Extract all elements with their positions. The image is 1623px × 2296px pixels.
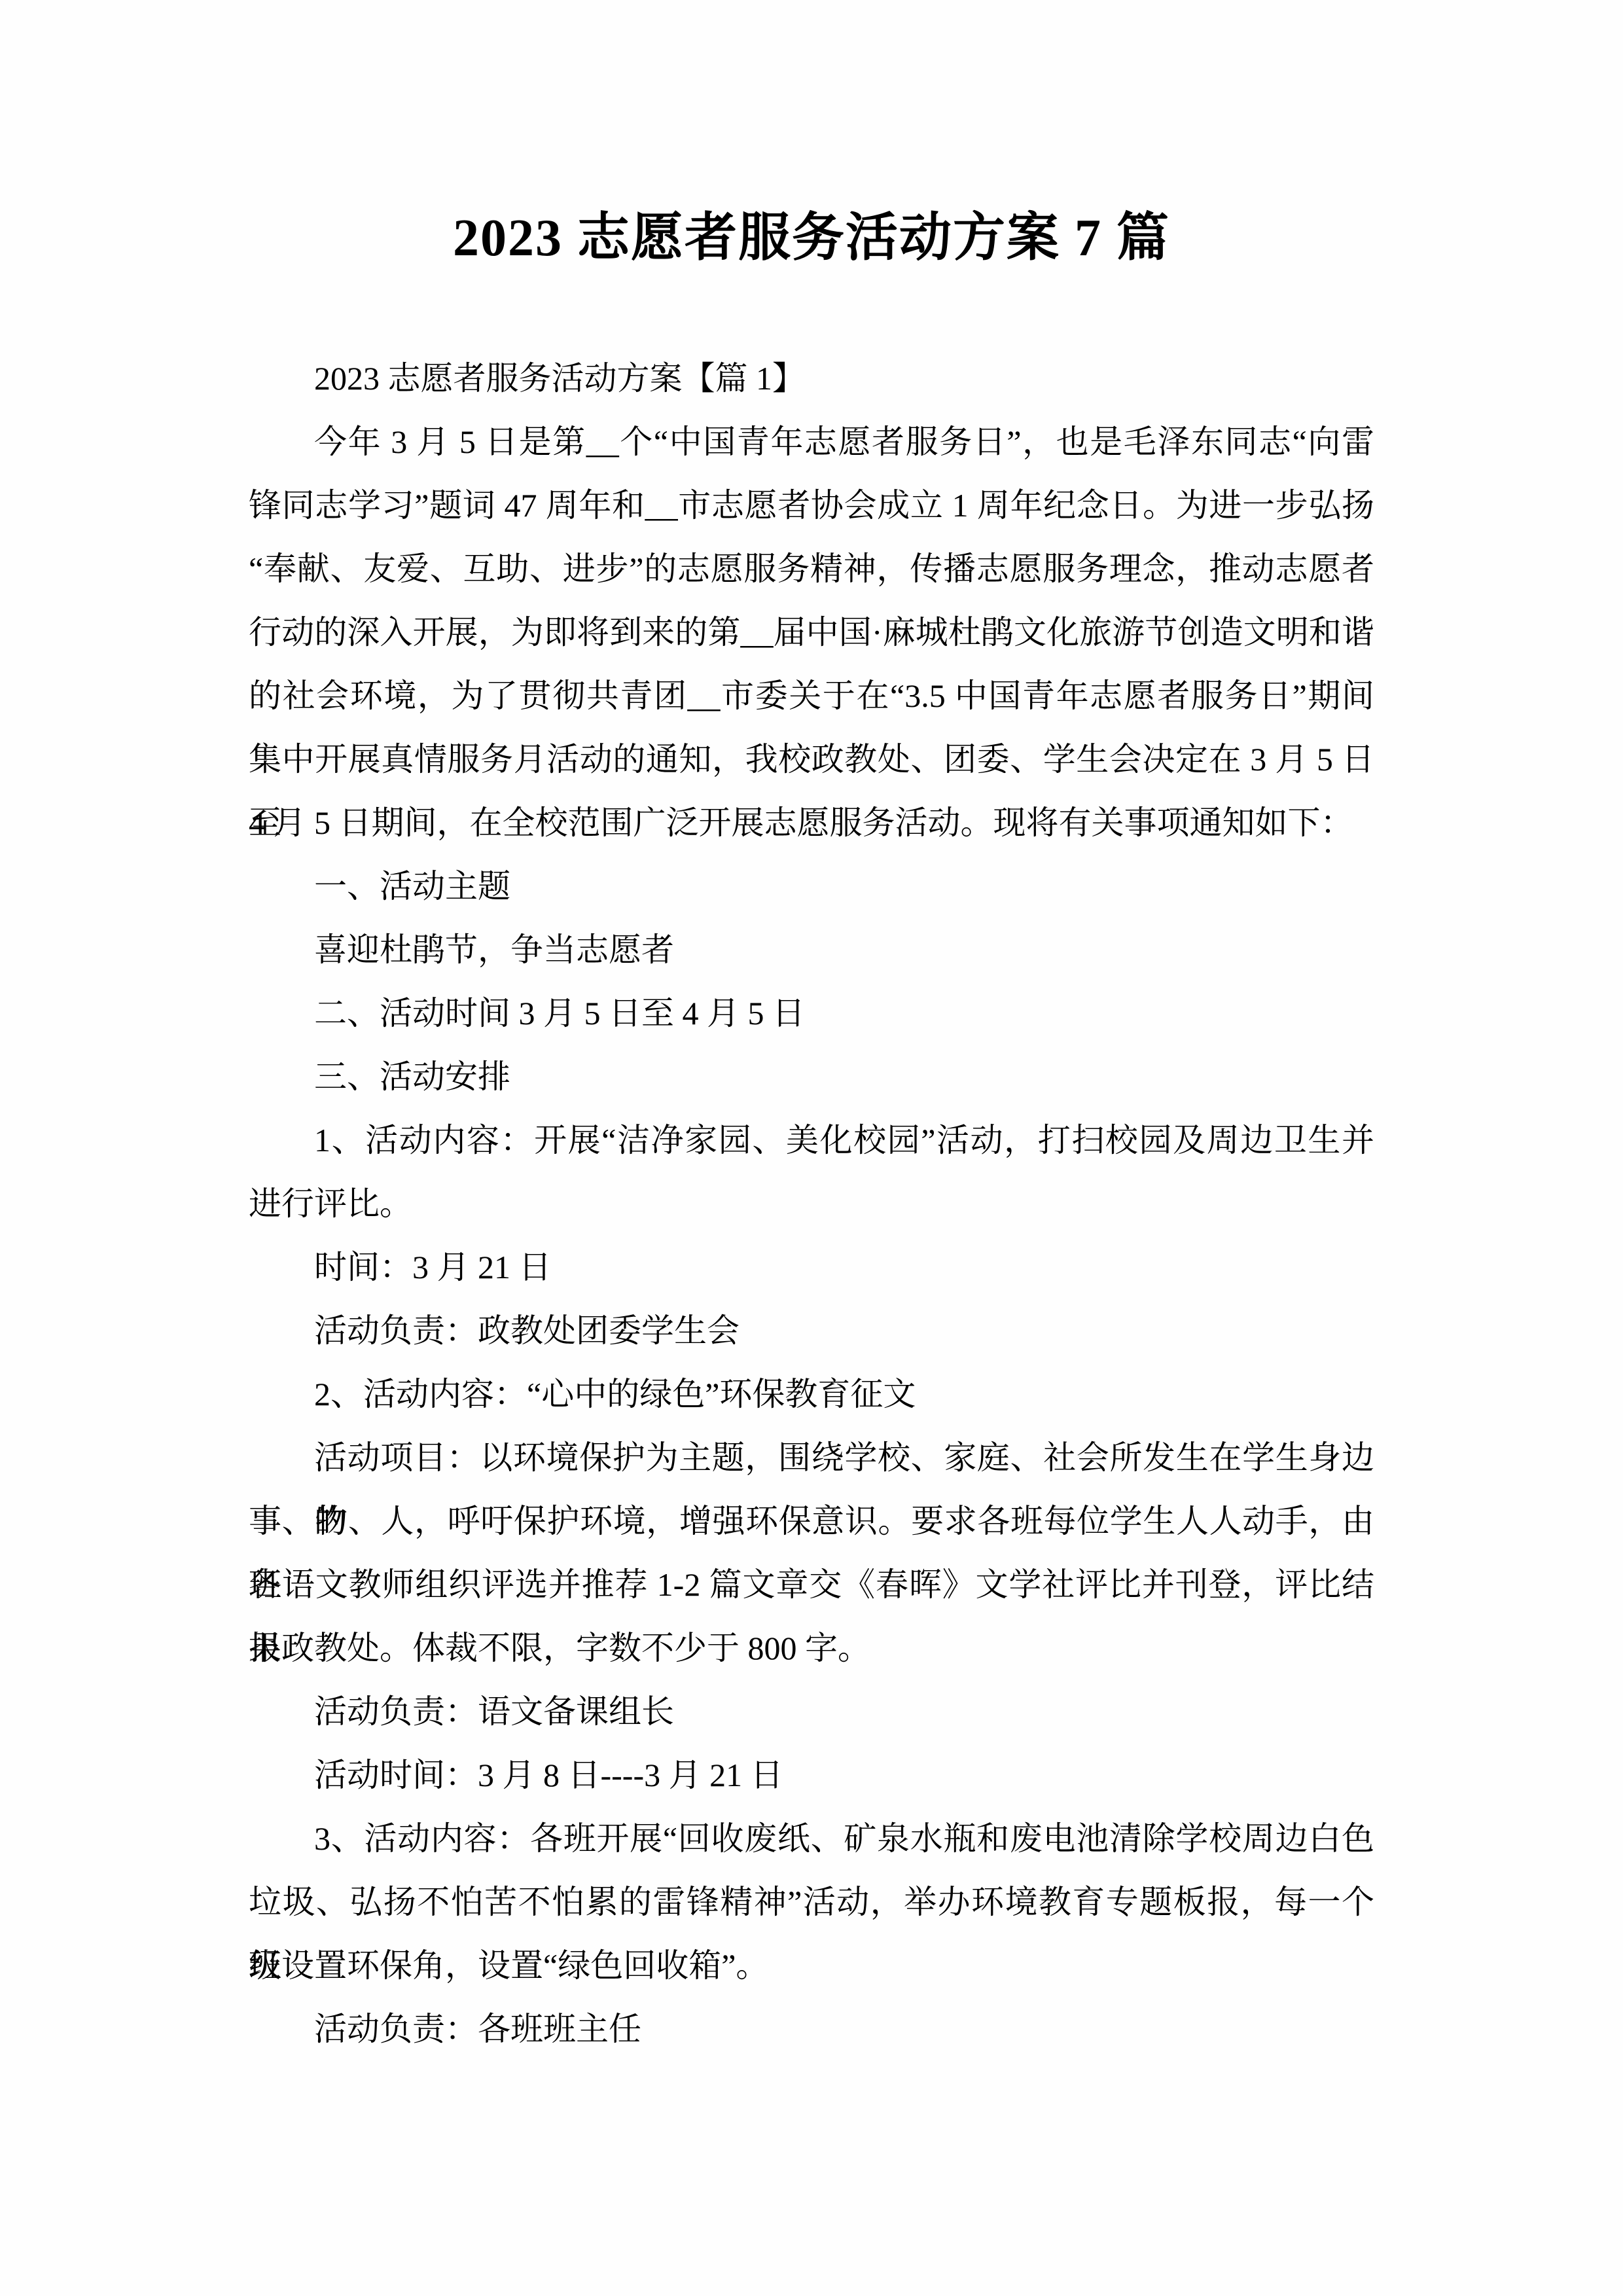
body-line: 的社会环境，为了贯彻共青团__市委关于在“3.5 中国青年志愿者服务日”期间 — [249, 664, 1374, 728]
body-line: 2、活动内容：“心中的绿色”环保教育征文 — [249, 1363, 1374, 1426]
body-line: “奉献、友爱、互助、进步”的志愿服务精神，传播志愿服务理念，推动志愿者 — [249, 537, 1374, 601]
list-heading: 一、活动主题 — [249, 855, 1374, 918]
body-line: 锋同志学习”题词 47 周年和__市志愿者协会成立 1 周年纪念日。为进一步弘扬 — [249, 474, 1374, 537]
body-line: 4 月 5 日期间，在全校范围广泛开展志愿服务活动。现将有关事项通知如下： — [249, 791, 1374, 855]
body-line: 活动负责：语文备课组长 — [249, 1680, 1374, 1744]
body-line: 行动的深入开展，为即将到来的第__届中国·麻城杜鹃文化旅游节创造文明和谐 — [249, 601, 1374, 664]
document-body: 2023 志愿者服务活动方案【篇 1】 今年 3 月 5 日是第__个“中国青年… — [249, 347, 1374, 2061]
document-page: 2023 志愿者服务活动方案 7 篇 2023 志愿者服务活动方案【篇 1】 今… — [0, 0, 1623, 2296]
body-line: 集中开展真情服务月活动的通知，我校政教处、团委、学生会决定在 3 月 5 日至 — [249, 728, 1374, 791]
body-line: 活动负责：各班班主任 — [249, 1998, 1374, 2061]
body-line: 垃圾、弘扬不怕苦不怕累的雷锋精神”活动，举办环境教育专题板报，每一个班 — [249, 1871, 1374, 1934]
body-line: 今年 3 月 5 日是第__个“中国青年志愿者服务日”，也是毛泽东同志“向雷 — [249, 410, 1374, 474]
list-heading: 二、活动时间 3 月 5 日至 4 月 5 日 — [249, 982, 1374, 1045]
list-heading: 三、活动安排 — [249, 1045, 1374, 1109]
body-line: 报政教处。体裁不限，字数不少于 800 字。 — [249, 1617, 1374, 1680]
section-heading: 2023 志愿者服务活动方案【篇 1】 — [249, 347, 1374, 410]
body-line: 时间：3 月 21 日 — [249, 1236, 1374, 1299]
body-line: 活动负责：政教处团委学生会 — [249, 1299, 1374, 1363]
document-title: 2023 志愿者服务活动方案 7 篇 — [0, 0, 1623, 267]
body-line: 级设置环保角，设置“绿色回收箱”。 — [249, 1934, 1374, 1998]
body-line: 1、活动内容：开展“洁净家园、美化校园”活动，打扫校园及周边卫生并 — [249, 1109, 1374, 1172]
body-line: 喜迎杜鹃节，争当志愿者 — [249, 918, 1374, 982]
body-line: 进行评比。 — [249, 1172, 1374, 1236]
body-line: 活动项目：以环境保护为主题，围绕学校、家庭、社会所发生在学生身边的 — [249, 1426, 1374, 1490]
body-line: 事、物、人，呼吁保护环境，增强环保意识。要求各班每位学生人人动手，由各 — [249, 1490, 1374, 1553]
body-line: 3、活动内容：各班开展“回收废纸、矿泉水瓶和废电池清除学校周边白色 — [249, 1807, 1374, 1871]
body-line: 班语文教师组织评选并推荐 1-2 篇文章交《春晖》文学社评比并刊登，评比结果 — [249, 1553, 1374, 1617]
body-line: 活动时间：3 月 8 日----3 月 21 日 — [249, 1744, 1374, 1807]
